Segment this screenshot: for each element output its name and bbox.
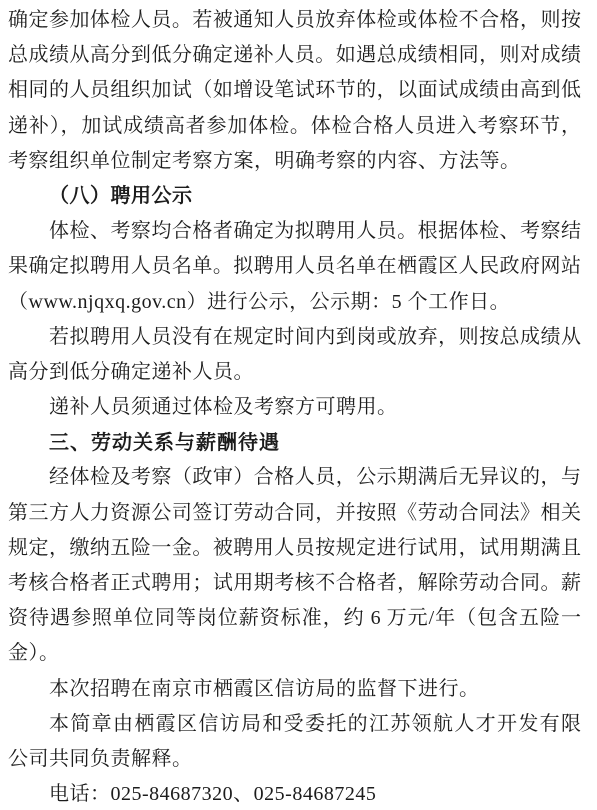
body-text-line: 资待遇参照单位同等岗位薪资标准，约 6 万元/年（包含五险一 — [8, 601, 581, 636]
body-text-line: 若拟聘用人员没有在规定时间内到岗或放弃，则按总成绩从 — [8, 320, 581, 355]
document-page: 确定参加体检人员。若被通知人员放弃体检或体检不合格，则按 总成绩从高分到低分确定… — [0, 0, 597, 810]
section-heading: 三、劳动关系与薪酬待遇 — [8, 425, 581, 460]
body-text-line: 递补人员须通过体检及考察方可聘用。 — [8, 390, 581, 425]
subsection-heading: （八）聘用公示 — [8, 179, 581, 214]
body-text-line: 规定，缴纳五险一金。被聘用人员按规定进行试用，试用期满且 — [8, 531, 581, 566]
body-text-line-with-url: （www.njqxq.gov.cn）进行公示，公示期：5 个工作日。 — [8, 285, 581, 320]
body-text-line: 公司共同负责解释。 — [8, 742, 581, 777]
body-text-line: 相同的人员组织加试（如增设笔试环节的，以面试成绩由高到低 — [8, 73, 581, 108]
body-text-line: 本简章由栖霞区信访局和受委托的江苏领航人才开发有限 — [8, 707, 581, 742]
body-text-line: 果确定拟聘用人员名单。拟聘用人员名单在栖霞区人民政府网站 — [8, 249, 581, 284]
body-text-line: 总成绩从高分到低分确定递补人员。如遇总成绩相同，则对成绩 — [8, 38, 581, 73]
body-text-line: 考察组织单位制定考察方案，明确考察的内容、方法等。 — [8, 144, 581, 179]
body-text-line: 考核合格者正式聘用；试用期考核不合格者，解除劳动合同。薪 — [8, 566, 581, 601]
body-text-line: 本次招聘在南京市栖霞区信访局的监督下进行。 — [8, 672, 581, 707]
body-text-line: 高分到低分确定递补人员。 — [8, 355, 581, 390]
body-text-line: 递补），加试成绩高者参加体检。体检合格人员进入考察环节， — [8, 109, 581, 144]
body-text-line: 确定参加体检人员。若被通知人员放弃体检或体检不合格，则按 — [8, 3, 581, 38]
phone-numbers-line: 电话：025-84687320、025-84687245 — [8, 777, 581, 810]
body-text-line: 经体检及考察（政审）合格人员，公示期满后无异议的，与 — [8, 460, 581, 495]
body-text-line: 体检、考察均合格者确定为拟聘用人员。根据体检、考察结 — [8, 214, 581, 249]
body-text-line: 金）。 — [8, 636, 581, 671]
body-text-line: 第三方人力资源公司签订劳动合同，并按照《劳动合同法》相关 — [8, 496, 581, 531]
